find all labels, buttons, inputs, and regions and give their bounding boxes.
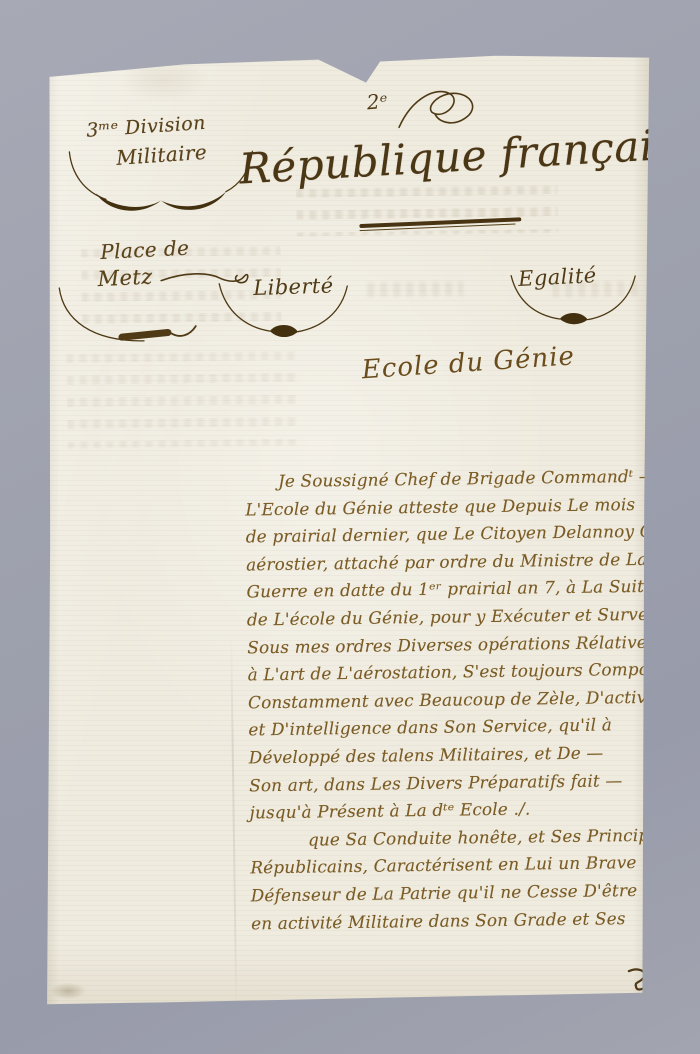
ink-bleedthrough: [367, 281, 463, 296]
photograph-of-manuscript: 3ᵐᵉ Division Militaire 2ᵉ République fra…: [0, 0, 700, 1054]
division-flourish-icon: [65, 147, 256, 212]
egalite-flourish-icon: [509, 272, 638, 326]
folio-mark: 2ᵉ: [366, 89, 389, 115]
double-rule: [359, 217, 521, 231]
section-heading: Ecole du Génie: [340, 340, 597, 387]
liberte-flourish-icon: [217, 280, 350, 340]
ink-bleedthrough: [66, 351, 297, 449]
body-text: Je Soussigné Chef de Brigade Commandᵗ — …: [245, 462, 680, 937]
place-line1: Place de: [100, 235, 190, 266]
page-content: 3ᵐᵉ Division Militaire 2ᵉ République fra…: [38, 46, 661, 1014]
fold-crease: [230, 637, 237, 1009]
body-line: en activité Militaire dans Son Grade et …: [251, 904, 679, 938]
corner-ink-squiggle-icon: [623, 964, 657, 994]
folio-paraph-icon: [394, 84, 483, 135]
page-title: République française: [238, 121, 658, 219]
manuscript-page: 3ᵐᵉ Division Militaire 2ᵉ République fra…: [44, 50, 654, 1010]
